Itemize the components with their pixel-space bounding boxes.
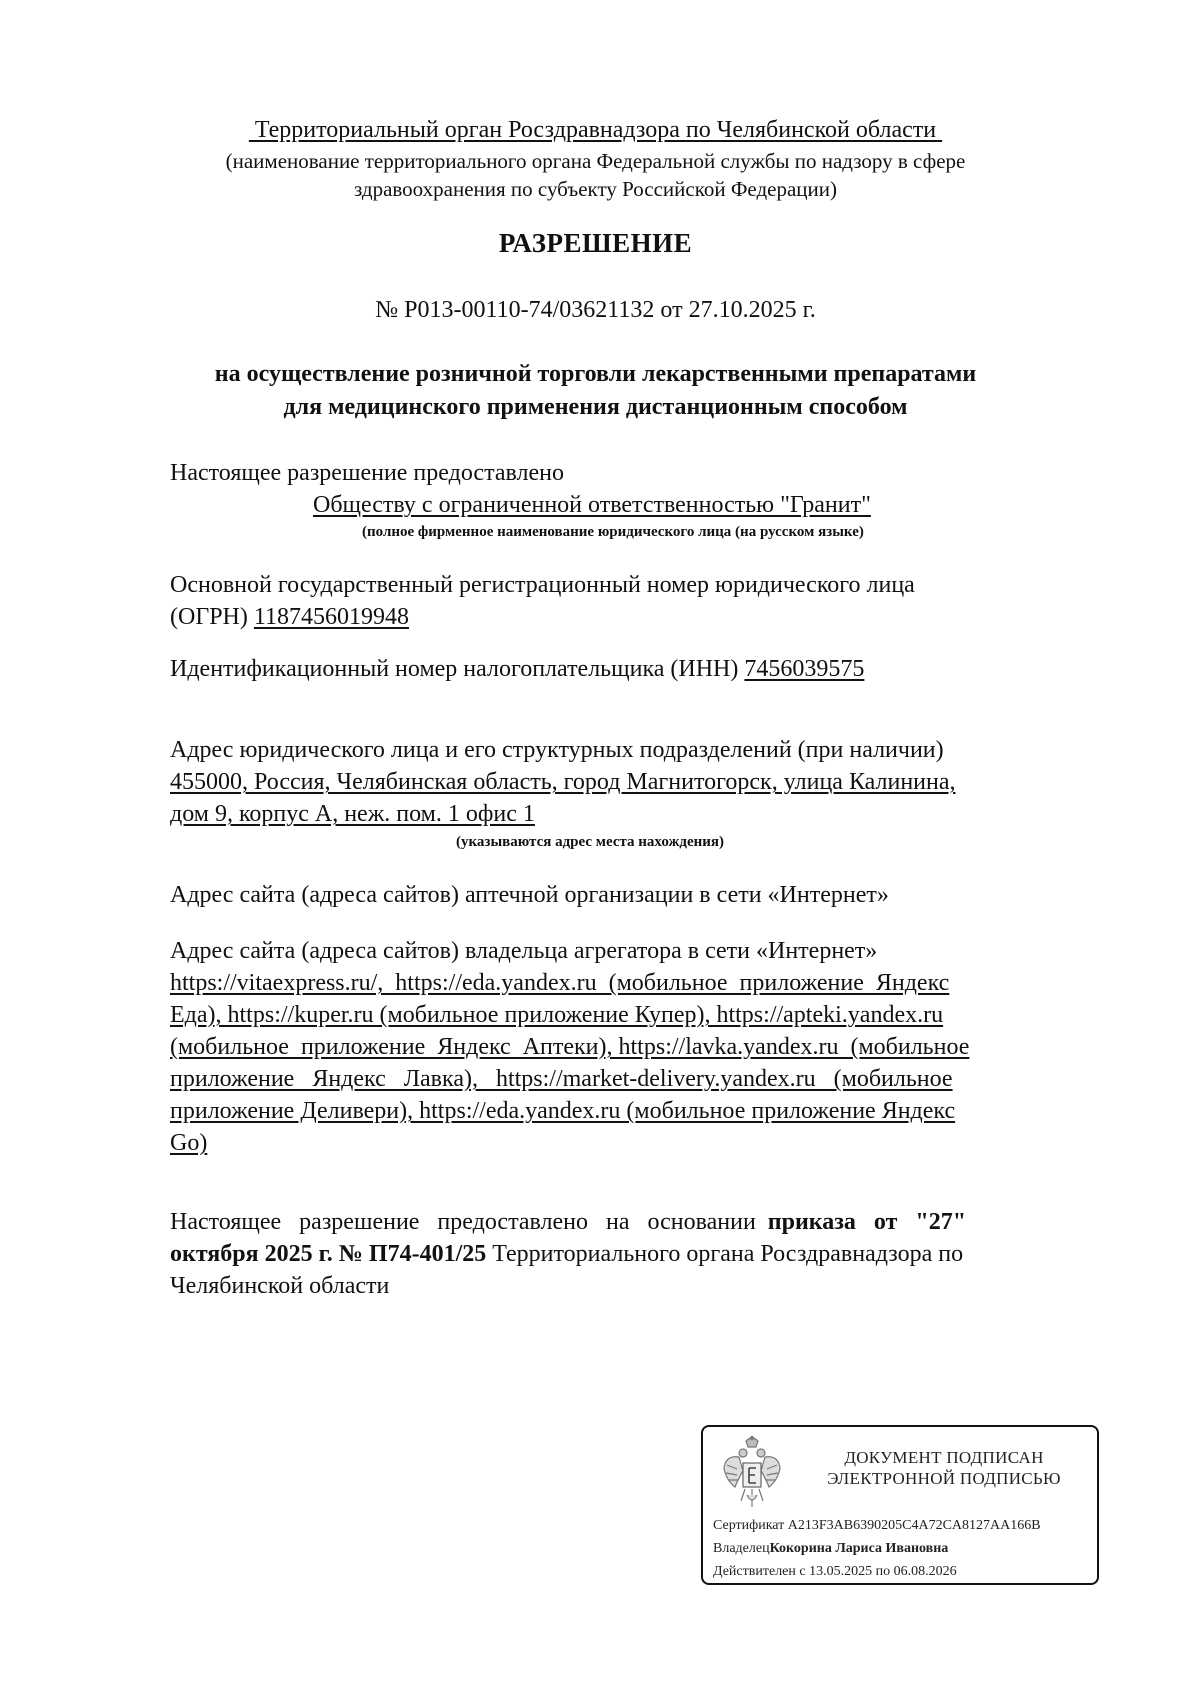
stamp-validity: Действителен с 13.05.2025 по 06.08.2026 bbox=[713, 1563, 957, 1581]
stamp-owner: ВладелецКокорина Лариса Ивановна bbox=[713, 1540, 948, 1558]
basis-order-date-part1: приказа от "27" bbox=[768, 1209, 966, 1235]
grantee-name-text: Обществу с ограниченной ответственностью… bbox=[313, 492, 871, 518]
basis-line1-text: Настоящее разрешение предоставлено на ос… bbox=[170, 1209, 768, 1235]
authority-name: Территориальный орган Росздравнадзора по… bbox=[0, 114, 1191, 146]
basis-order-date-part2: октября 2025 г. № П74-401/25 bbox=[170, 1241, 486, 1267]
basis-line2: октября 2025 г. № П74-401/25 Территориал… bbox=[170, 1238, 963, 1270]
ogrn-label-line1: Основной государственный регистрационный… bbox=[170, 569, 1112, 601]
aggregator-site-line-4: приложение Яндекс Лавка), https://market… bbox=[170, 1063, 1112, 1095]
basis-line3: Челябинской области bbox=[170, 1270, 389, 1302]
ogrn-label-prefix: (ОГРН) bbox=[170, 604, 254, 630]
pharmacy-site-label: Адрес сайта (адреса сайтов) аптечной орг… bbox=[170, 879, 889, 911]
address-label: Адрес юридического лица и его структурны… bbox=[170, 734, 944, 766]
ogrn-value: 1187456019948 bbox=[254, 604, 409, 630]
permit-subject-line2: для медицинского применения дистанционны… bbox=[0, 391, 1191, 423]
electronic-signature-stamp: ДОКУМЕНТ ПОДПИСАН ЭЛЕКТРОННОЙ ПОДПИСЬЮ С… bbox=[701, 1425, 1099, 1585]
grantee-caption: (полное фирменное наименование юридическ… bbox=[362, 522, 864, 542]
stamp-certificate: Сертификат A213F3AB6390205C4A72CA8127AA1… bbox=[713, 1517, 1041, 1535]
owner-label: Владелец bbox=[713, 1541, 770, 1556]
grantee-name: Обществу с ограниченной ответственностью… bbox=[313, 489, 871, 521]
aggregator-site-line-2: Еда), https://kuper.ru (мобильное прилож… bbox=[170, 999, 1112, 1031]
permit-number: № Р013-00110-74/03621132 от 27.10.2025 г… bbox=[0, 294, 1191, 326]
document-title: РАЗРЕШЕНИЕ bbox=[0, 228, 1191, 259]
address-caption: (указываются адрес места нахождения) bbox=[456, 832, 724, 852]
basis-line2-text: Территориального органа Росздравнадзора … bbox=[486, 1241, 963, 1267]
certificate-label: Сертификат bbox=[713, 1518, 788, 1533]
grantee-intro: Настоящее разрешение предоставлено bbox=[170, 457, 564, 489]
aggregator-site-line-3: (мобильное приложение Яндекс Аптеки), ht… bbox=[170, 1031, 1112, 1063]
inn-line: Идентификационный номер налогоплательщик… bbox=[170, 653, 864, 685]
authority-caption-line1: (наименование территориального органа Фе… bbox=[0, 147, 1191, 175]
authority-caption-line2: здравоохранения по субъекту Российской Ф… bbox=[0, 175, 1191, 203]
coat-of-arms-icon bbox=[721, 1435, 783, 1511]
owner-value: Кокорина Лариса Ивановна bbox=[770, 1541, 949, 1556]
aggregator-site-line-6: Go) bbox=[170, 1127, 207, 1159]
stamp-title-line2: ЭЛЕКТРОННОЙ ПОДПИСЬЮ bbox=[799, 1468, 1089, 1489]
address-line2-text: дом 9, корпус А, неж. пом. 1 офис 1 bbox=[170, 801, 535, 827]
certificate-value: A213F3AB6390205C4A72CA8127AA166B bbox=[788, 1518, 1041, 1533]
aggregator-site-line-5: приложение Деливери), https://eda.yandex… bbox=[170, 1095, 1112, 1127]
stamp-title-line1: ДОКУМЕНТ ПОДПИСАН bbox=[799, 1447, 1089, 1468]
permit-document-page: Территориальный орган Росздравнадзора по… bbox=[0, 0, 1191, 1684]
aggregator-site-line-1: https://vitaexpress.ru/, https://eda.yan… bbox=[170, 967, 1112, 999]
basis-line1: Настоящее разрешение предоставлено на ос… bbox=[170, 1206, 966, 1238]
aggregator-site-label: Адрес сайта (адреса сайтов) владельца аг… bbox=[170, 935, 877, 967]
address-line1: 455000, Россия, Челябинская область, гор… bbox=[170, 766, 1112, 798]
authority-name-text: Территориальный орган Росздравнадзора по… bbox=[249, 117, 942, 143]
address-line1-text: 455000, Россия, Челябинская область, гор… bbox=[170, 769, 956, 795]
inn-value: 7456039575 bbox=[744, 656, 864, 682]
address-line2: дом 9, корпус А, неж. пом. 1 офис 1 bbox=[170, 798, 535, 830]
permit-subject-line1: на осуществление розничной торговли лека… bbox=[0, 358, 1191, 390]
stamp-title: ДОКУМЕНТ ПОДПИСАН ЭЛЕКТРОННОЙ ПОДПИСЬЮ bbox=[799, 1447, 1089, 1489]
inn-label: Идентификационный номер налогоплательщик… bbox=[170, 656, 744, 682]
ogrn-line2: (ОГРН) 1187456019948 bbox=[170, 601, 409, 633]
